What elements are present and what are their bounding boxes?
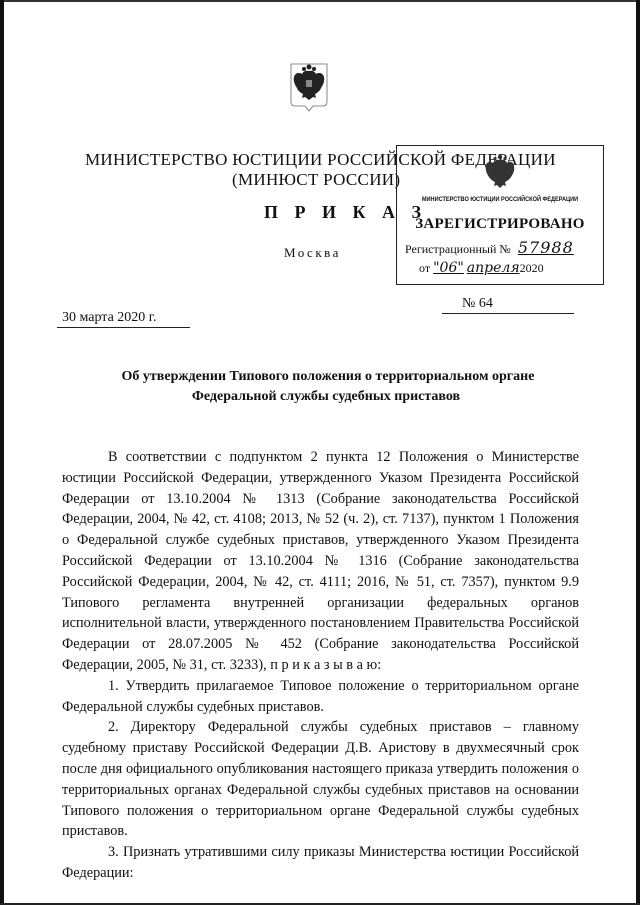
registration-stamp: МИНИСТЕРСТВО ЮСТИЦИИ РОССИЙСКОЙ ФЕДЕРАЦИ… — [396, 145, 604, 285]
date-prefix: от — [419, 261, 430, 275]
stamp-registration-number: Регистрационный № 57988 — [405, 238, 574, 257]
item-2-paragraph: 2. Директору Федеральной службы судебных… — [62, 717, 579, 842]
stamp-ministry-name: МИНИСТЕРСТВО ЮСТИЦИИ РОССИЙСКОЙ ФЕДЕРАЦИ… — [411, 196, 588, 203]
stamp-registration-date: от "06" апреля2020 — [419, 260, 544, 276]
date-month: апреля — [467, 260, 520, 276]
scan-edge-right — [636, 0, 640, 905]
reg-number-label: Регистрационный № — [405, 242, 511, 256]
document-title-line-1: Об утверждении Типового положения о терр… — [8, 369, 640, 385]
item-1-paragraph: 1. Утвердить прилагаемое Типовое положен… — [62, 676, 579, 718]
stamp-status: ЗАРЕГИСТРИРОВАНО — [397, 216, 603, 233]
date-underline — [57, 327, 190, 328]
order-date: 30 марта 2020 г. — [62, 310, 156, 326]
document-page: МИНИСТЕРСТВО ЮСТИЦИИ РОССИЙСКОЙ ФЕДЕРАЦИ… — [0, 0, 640, 905]
date-day: "06" — [433, 260, 464, 276]
preamble-text: В соответствии с подпунктом 2 пункта 12 … — [62, 449, 579, 673]
reg-number-value: 57988 — [518, 238, 574, 257]
scan-edge-left — [0, 0, 4, 905]
document-body: В соответствии с подпунктом 2 пункта 12 … — [62, 447, 579, 884]
scan-edge-top — [0, 0, 640, 2]
date-year: 2020 — [520, 261, 544, 275]
stamp-coat-of-arms-icon — [483, 154, 517, 190]
order-word: п р и к а з ы в а ю: — [270, 657, 381, 673]
city-label: Москва — [284, 245, 341, 261]
preamble-paragraph: В соответствии с подпунктом 2 пункта 12 … — [62, 447, 579, 676]
order-number: № 64 — [462, 296, 493, 312]
item-3-paragraph: 3. Признать утратившими силу приказы Мин… — [62, 842, 579, 884]
coat-of-arms-icon — [289, 62, 329, 112]
document-title-line-2: Федеральной службы судебных приставов — [6, 389, 640, 405]
number-underline — [442, 313, 574, 314]
